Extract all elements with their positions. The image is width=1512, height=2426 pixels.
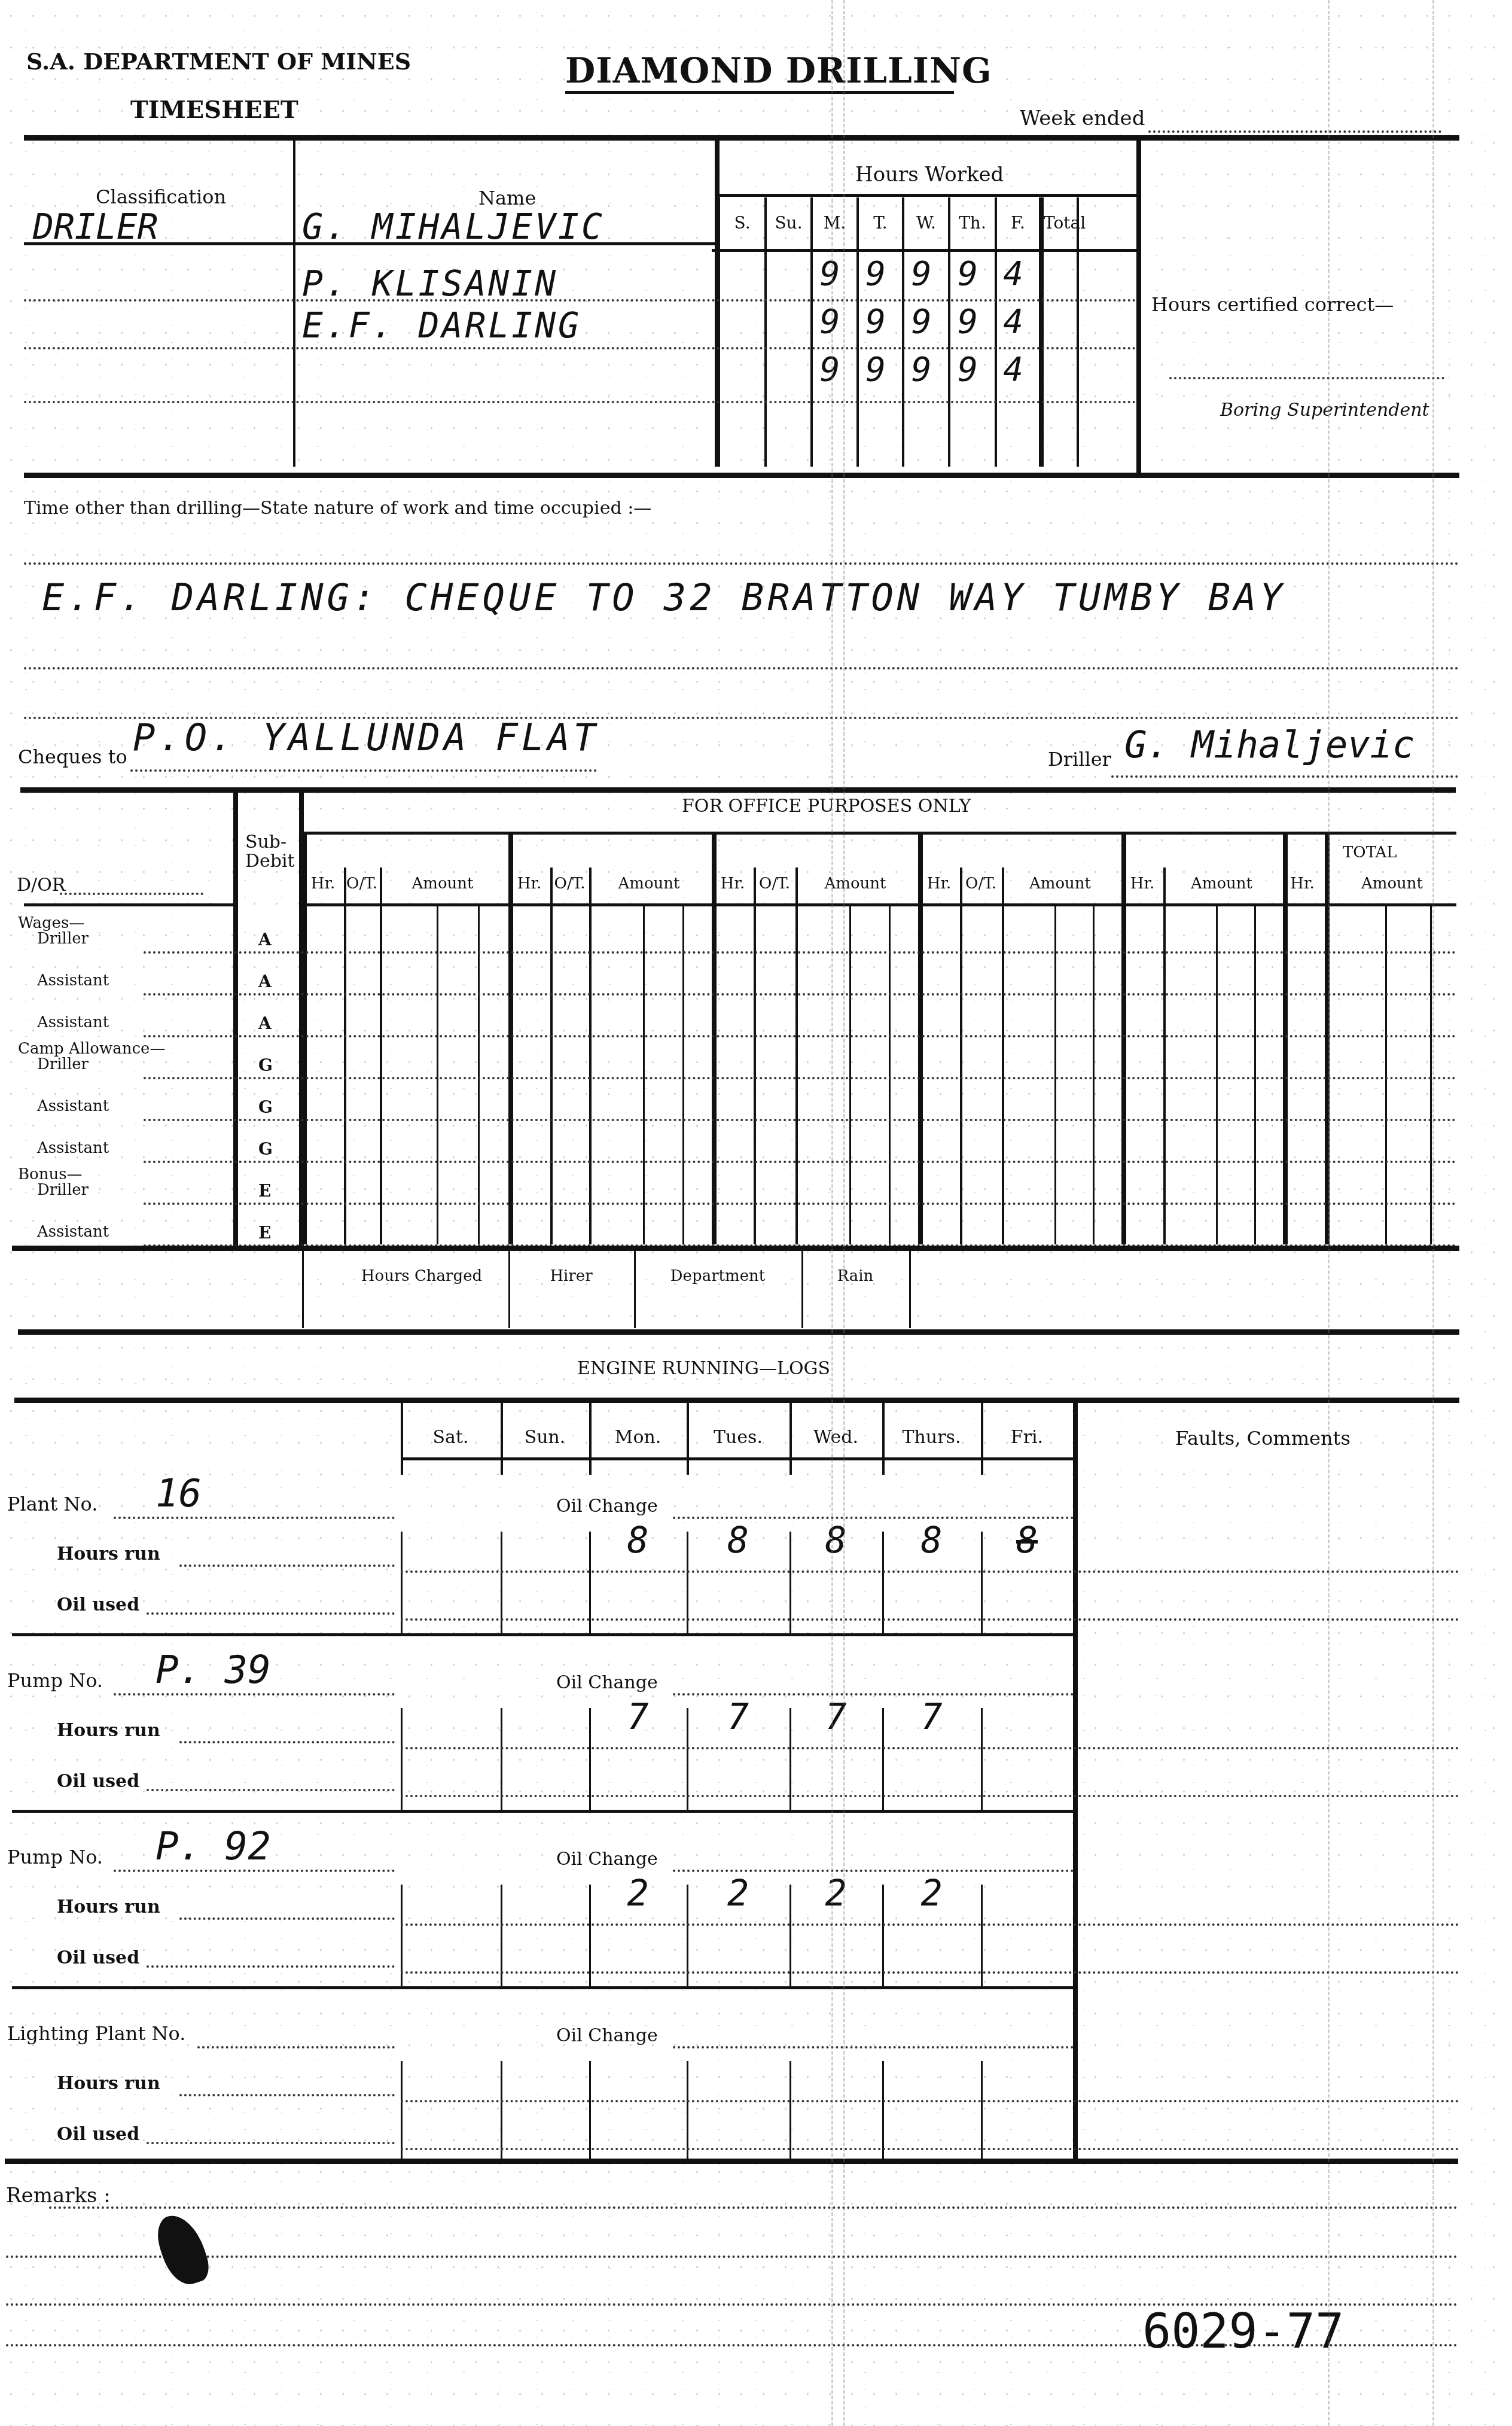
- divider: [918, 832, 923, 1244]
- office-row-label: Assistant: [37, 1139, 109, 1157]
- divider: [508, 832, 513, 1244]
- oil-change-field[interactable]: [673, 1517, 1074, 1519]
- oil-change-label: Oil Change: [556, 2025, 658, 2046]
- office-row-label: Driller: [37, 1055, 89, 1073]
- divider: [909, 1250, 911, 1328]
- office-row-label: Assistant: [37, 1223, 109, 1241]
- unit-number-field: [114, 1870, 395, 1872]
- row-divider: [401, 1570, 1459, 1573]
- hours-run-cell[interactable]: 8: [789, 1520, 882, 1561]
- divider: [1254, 903, 1256, 1244]
- reference-number: 6029-77: [1142, 2303, 1344, 2359]
- remarks-line[interactable]: [49, 2206, 1458, 2209]
- leader-dots: [179, 1741, 395, 1743]
- divider: [302, 832, 307, 1244]
- engine-unit-label: Pump No.: [7, 1669, 103, 1692]
- subdebit-code: G: [258, 1139, 273, 1159]
- total-label: TOTAL: [1343, 844, 1397, 862]
- oil-change-label: Oil Change: [556, 1672, 658, 1693]
- department-name: S.A. DEPARTMENT OF MINES: [26, 48, 411, 75]
- hours-run-cell[interactable]: 7: [882, 1696, 981, 1738]
- divider: [1430, 903, 1432, 1244]
- row-divider: [24, 347, 1136, 349]
- divider: [801, 1250, 803, 1328]
- remarks-label: Remarks :: [6, 2184, 111, 2208]
- hours-cell[interactable]: 4: [991, 350, 1035, 389]
- engine-unit-label: Plant No.: [7, 1493, 97, 1515]
- row-divider: [24, 401, 1136, 403]
- classification-value[interactable]: DRILER: [33, 206, 158, 247]
- engine-day-header: Thurs.: [882, 1427, 981, 1448]
- divider: [712, 249, 1136, 252]
- office-column-header: Amount: [1325, 875, 1459, 893]
- engine-day-header: Mon.: [589, 1427, 687, 1448]
- subdebit-code: G: [258, 1097, 273, 1117]
- office-heading: FOR OFFICE PURPOSES ONLY: [682, 796, 971, 817]
- cheques-to-value[interactable]: P.O. YALLUNDA FLAT: [133, 716, 599, 759]
- office-footer-label: Hirer: [508, 1267, 634, 1285]
- row-divider: [401, 1618, 1459, 1621]
- office-column-header: Amount: [1002, 875, 1118, 893]
- divider: [24, 135, 1459, 141]
- divider: [437, 903, 438, 1244]
- leader-dots: [147, 1612, 395, 1615]
- leader-dots: [179, 1564, 395, 1567]
- hours-run-cell[interactable]: 7: [687, 1696, 789, 1738]
- hours-run-cell[interactable]: 8: [687, 1520, 789, 1561]
- hours-run-cell[interactable]: 2: [882, 1873, 981, 1914]
- divider: [682, 903, 684, 1244]
- row-divider: [401, 1795, 1459, 1797]
- hours-run-cell[interactable]: 7: [589, 1696, 687, 1738]
- crew-name[interactable]: P. KLISANIN: [302, 263, 558, 304]
- divider: [12, 1810, 1074, 1813]
- hours-run-label: Hours run: [57, 2073, 160, 2094]
- office-column-header: O/T.: [550, 875, 589, 893]
- dor-label: D/OR: [17, 875, 65, 896]
- hours-cell[interactable]: 9: [807, 254, 853, 293]
- oil-change-field[interactable]: [673, 2046, 1074, 2048]
- divider: [1216, 903, 1218, 1244]
- scan-artifact: [1328, 0, 1330, 2426]
- unit-number-field: [197, 2046, 395, 2048]
- divider: [718, 194, 1136, 197]
- hours-cell[interactable]: 9: [944, 302, 991, 341]
- day-header: Th.: [953, 213, 992, 233]
- leader-dots: [147, 1789, 395, 1791]
- row-divider: [144, 1119, 1456, 1121]
- office-column-header: O/T.: [754, 875, 795, 893]
- divider: [1002, 867, 1004, 1244]
- divider: [293, 141, 295, 467]
- row-divider: [144, 1035, 1456, 1037]
- hours-run-label: Hours run: [57, 1544, 160, 1564]
- hours-cell[interactable]: 9: [898, 254, 944, 293]
- office-column-header: Amount: [380, 875, 505, 893]
- divider: [12, 1246, 1459, 1251]
- engine-day-header: Sat.: [401, 1427, 501, 1448]
- subdebit-label: Sub-Debit: [245, 833, 281, 871]
- hours-run-cell[interactable]: 8: [589, 1520, 687, 1561]
- oil-used-label: Oil used: [57, 1947, 139, 1968]
- form-name: TIMESHEET: [130, 96, 298, 124]
- certification-signature-field[interactable]: [1169, 377, 1444, 379]
- divider: [889, 903, 891, 1244]
- scan-artifact: [831, 0, 833, 2426]
- subdebit-code: G: [258, 1055, 273, 1075]
- divider: [12, 1986, 1074, 1989]
- crew-name[interactable]: E.F. DARLING: [302, 305, 581, 346]
- divider: [1054, 903, 1056, 1244]
- day-header: Su.: [769, 213, 808, 233]
- divider: [849, 903, 851, 1244]
- engine-logs-heading: ENGINE RUNNING—LOGS: [577, 1358, 830, 1379]
- hours-run-cell[interactable]: 8: [882, 1520, 981, 1561]
- other-time-line: [24, 562, 1459, 565]
- subdebit-code: A: [258, 1013, 272, 1033]
- row-divider: [401, 2148, 1459, 2150]
- hours-cell[interactable]: 4: [991, 302, 1035, 341]
- divider: [1077, 197, 1079, 467]
- hours-cell[interactable]: 9: [944, 254, 991, 293]
- office-column-header: Hr.: [302, 875, 344, 893]
- hours-cell[interactable]: 9: [807, 350, 853, 389]
- leader-dots: [179, 1917, 395, 1920]
- hours-cell[interactable]: 9: [898, 350, 944, 389]
- row-divider: [401, 2100, 1459, 2102]
- divider: [12, 1633, 1074, 1636]
- divider: [18, 1329, 1459, 1335]
- divider: [380, 867, 382, 1244]
- hours-run-cell[interactable]: 2: [687, 1873, 789, 1914]
- divider: [712, 832, 717, 1244]
- hours-run-cell[interactable]: 2: [589, 1873, 687, 1914]
- office-column-header: Amount: [795, 875, 915, 893]
- cheques-to-field: [130, 769, 597, 772]
- engine-day-header: Tues.: [687, 1427, 789, 1448]
- divider: [718, 197, 720, 467]
- engine-day-header: Wed.: [789, 1427, 882, 1448]
- office-row-label: Assistant: [37, 1097, 109, 1115]
- remarks-line[interactable]: [6, 2255, 1458, 2258]
- office-column-header: O/T.: [344, 875, 380, 893]
- hours-run-label: Hours run: [57, 1897, 160, 1917]
- divider: [960, 867, 962, 1244]
- oil-used-label: Oil used: [57, 1594, 139, 1615]
- subdebit-code: E: [258, 1181, 271, 1201]
- office-column-header: Hr.: [918, 875, 960, 893]
- hours-cell[interactable]: 9: [853, 350, 898, 389]
- divider: [643, 903, 645, 1244]
- engine-unit-number[interactable]: P. 92: [156, 1825, 271, 1869]
- divider: [302, 1250, 304, 1328]
- hours-cell[interactable]: 9: [898, 302, 944, 341]
- week-ended-label: Week ended: [1020, 106, 1145, 130]
- faults-comments-label: Faults, Comments: [1175, 1427, 1351, 1450]
- hours-cell[interactable]: 4: [991, 254, 1035, 293]
- driller-signature-field: [1111, 775, 1458, 778]
- crew-name[interactable]: G. MIHALJEVIC: [302, 206, 605, 247]
- office-row-label: Driller: [37, 930, 89, 948]
- subdebit-code: E: [258, 1223, 271, 1243]
- divider: [401, 1457, 1074, 1460]
- hours-run-cell[interactable]: 7: [789, 1696, 882, 1738]
- other-time-entry[interactable]: E.F. DARLING: CHEQUE TO 32 BRATTON WAY T…: [42, 576, 1286, 619]
- day-header: S.: [723, 213, 762, 233]
- hours-cell[interactable]: 9: [853, 254, 898, 293]
- divider: [24, 473, 1459, 478]
- row-divider: [401, 1747, 1459, 1749]
- office-column-header: Hr.: [508, 875, 550, 893]
- driller-label: Driller: [1048, 748, 1111, 771]
- hours-cell[interactable]: 9: [944, 350, 991, 389]
- oil-change-label: Oil Change: [556, 1849, 658, 1870]
- office-row-label: Driller: [37, 1181, 89, 1199]
- divider: [795, 867, 798, 1244]
- office-column-header: Amount: [589, 875, 709, 893]
- divider: [233, 789, 238, 1246]
- engine-unit-label: Pump No.: [7, 1846, 103, 1868]
- superintendent-label: Boring Superintendent: [1220, 400, 1429, 421]
- unit-number-field: [114, 1517, 395, 1519]
- divider: [24, 903, 233, 906]
- row-divider: [144, 1161, 1456, 1163]
- dor-field[interactable]: [60, 893, 203, 895]
- divider: [508, 1250, 510, 1328]
- engine-day-header: Fri.: [981, 1427, 1073, 1448]
- office-column-header: Hr.: [1283, 875, 1322, 893]
- driller-signature[interactable]: G. Mihaljevic: [1124, 723, 1415, 766]
- leader-dots: [147, 1965, 395, 1968]
- hours-cell[interactable]: 9: [807, 302, 853, 341]
- office-footer-label: Hours Charged: [335, 1267, 508, 1285]
- divider: [1121, 832, 1126, 1244]
- row-divider: [401, 1971, 1459, 1974]
- divider: [550, 867, 553, 1244]
- divider: [5, 2159, 1458, 2164]
- divider: [1136, 141, 1141, 476]
- row-divider: [24, 299, 1136, 302]
- divider: [478, 903, 480, 1244]
- divider: [14, 1398, 1459, 1403]
- day-header: M.: [815, 213, 854, 233]
- oil-used-label: Oil used: [57, 2124, 139, 2145]
- oil-change-label: Oil Change: [556, 1496, 658, 1517]
- ink-smudge: [151, 2209, 214, 2290]
- divider: [1163, 867, 1166, 1244]
- day-header: W.: [907, 213, 946, 233]
- office-column-header: Hr.: [712, 875, 754, 893]
- day-header: Total: [1044, 213, 1074, 233]
- engine-unit-number[interactable]: 16: [156, 1472, 202, 1516]
- divider: [344, 867, 346, 1244]
- oil-change-field[interactable]: [673, 1693, 1074, 1696]
- engine-unit-number[interactable]: P. 39: [156, 1648, 271, 1693]
- leader-dots: [179, 2094, 395, 2096]
- subdebit-code: A: [258, 930, 272, 949]
- divider: [1093, 903, 1095, 1244]
- divider: [1283, 832, 1288, 1244]
- scan-artifact: [843, 0, 845, 2426]
- cheques-to-label: Cheques to: [18, 745, 127, 768]
- engine-day-header: Sun.: [501, 1427, 589, 1448]
- hours-worked-label: Hours Worked: [855, 163, 1004, 187]
- office-row-label: Assistant: [37, 972, 109, 990]
- office-column-header: O/T.: [960, 875, 1002, 893]
- subdebit-code: A: [258, 972, 272, 991]
- day-header: T.: [861, 213, 900, 233]
- hours-run-cell[interactable]: 2: [789, 1873, 882, 1914]
- divider: [764, 197, 767, 467]
- office-column-header: Amount: [1163, 875, 1280, 893]
- office-footer-label: Department: [634, 1267, 801, 1285]
- row-divider: [401, 1923, 1459, 1926]
- scan-artifact: [1432, 0, 1434, 2426]
- divider: [1385, 903, 1387, 1244]
- divider: [754, 867, 756, 1244]
- row-divider: [144, 1203, 1456, 1205]
- row-divider: [144, 1077, 1456, 1079]
- classification-label: Classification: [96, 185, 226, 208]
- divider: [1073, 1403, 1078, 2160]
- page-title: DIAMOND DRILLING: [565, 50, 992, 91]
- unit-number-field: [114, 1693, 395, 1696]
- other-time-line: [24, 667, 1459, 669]
- row-divider: [144, 993, 1456, 996]
- oil-change-field[interactable]: [673, 1870, 1074, 1872]
- hours-cell[interactable]: 9: [853, 302, 898, 341]
- hours-certified-label: Hours certified correct—: [1151, 293, 1394, 316]
- divider: [589, 867, 592, 1244]
- hours-run-label: Hours run: [57, 1720, 160, 1741]
- divider: [1039, 197, 1044, 467]
- divider: [634, 1250, 636, 1328]
- title-underline: [565, 91, 954, 94]
- hours-run-cell[interactable]: 8: [981, 1520, 1073, 1561]
- office-column-header: Hr.: [1121, 875, 1163, 893]
- oil-used-label: Oil used: [57, 1771, 139, 1792]
- office-row-label: Assistant: [37, 1013, 109, 1031]
- engine-unit-label: Lighting Plant No.: [7, 2022, 185, 2045]
- day-header: F.: [999, 213, 1037, 233]
- leader-dots: [147, 2142, 395, 2144]
- other-time-label: Time other than drilling—State nature of…: [24, 498, 651, 519]
- office-footer-label: Rain: [801, 1267, 909, 1285]
- row-divider: [144, 951, 1456, 954]
- week-ended-field[interactable]: [1148, 130, 1441, 133]
